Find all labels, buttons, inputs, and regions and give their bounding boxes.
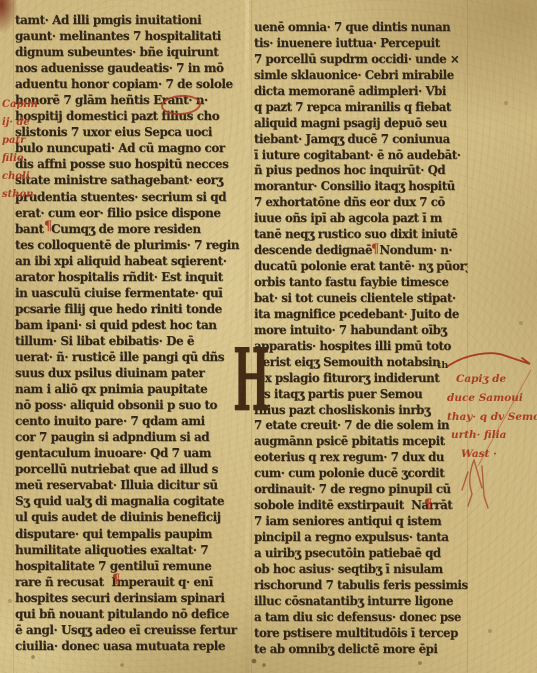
text-line: rischorund 7 tabulis feris pessimis [254,578,468,594]
text-line: ñ pius pednos hoc inquirūt· Qd [254,163,468,179]
text-line: ul quis audet de diuinis beneficij [15,509,255,525]
text-line: te ab omnibʒ delictē more ēpi [254,642,468,658]
text-line: tanē neqʒ rustico suo dixit iniutē [254,227,468,243]
text-line: humilitate aliquoties exaltat· 7 [15,542,255,558]
text-line: suus dux psilus diuinam pater [15,365,255,381]
text-line: ob hoc asius· seqtibʒ ī nisulam [254,562,468,578]
text-line: augmānn psicē pbitatis mcepit [254,434,468,450]
text-line: tes colloquentē de plurimis· 7 regin [15,237,255,253]
text-line: ī iuture cogitabant· ē nō audebāt· [254,148,468,164]
text-line: tiebant· Jamqʒ ducē 7 coniunua [254,132,468,148]
text-line: in uasculū ciuise fermentate· quī [15,285,255,301]
text-line: ita magnifice pcedebant· Juito de [254,307,468,323]
text-line: 7 exhortatōne dñs eor dux 7 cō [254,195,468,211]
text-line: descende dedignaē Nondum· n· [254,243,468,259]
text-line: gentaculum inuoare· Qd 7 uam [15,445,255,461]
text-line: Sʒ quid ualʒ di magnalia cogitate [15,493,255,509]
text-line: cum· cum polonie ducē ʒcordit [254,466,468,482]
margin-flourish-icon [444,348,537,533]
text-line: ys itaqʒ partis puer Semou [254,387,468,403]
text-line: 7 etate creuit· 7 de die solem in [254,418,468,434]
text-line: uenē omnia· 7 que dintis nunan [254,20,468,36]
text-line: 7 porcellū supdrm occidi· unde × [254,52,468,68]
text-line: simle sklauonice· Cebri mirabile [254,68,468,84]
text-line: morantur· Consilio itaqʒ hospitū [254,179,468,195]
text-line: bulo nuncupati· Ad cū magno cor [15,140,255,156]
text-line: meū reservabat· Illuia dicitur sū [15,477,255,493]
text-line: nos aduenisse gaudeatis· 7 in mō [15,60,255,76]
text-line: hospitalitate 7 gentiluī remune [15,558,255,574]
chapter-initial: H [233,346,270,416]
text-column-left: tamt· Ad illi pmgis inuitationigaunt· me… [15,12,255,654]
text-line: gaunt· melinantes 7 hospitalitati [15,28,255,44]
text-line: a tam diu sic defensus· donec pse [254,610,468,626]
margin-note-line: sthon [2,186,46,204]
text-line: terist eiqʒ Semouith notabsin [254,355,468,371]
text-line: more intuito· 7 habundant oībʒ [254,323,468,339]
text-line: qui bñ nouant pitulando nō defice [15,606,255,622]
text-line: ordinauit· 7 de regno pinupil cū [254,482,468,498]
text-line: ciuilia· donec uasa mutuata reple [15,638,255,654]
text-line: hospites securi derinsiam spinari [15,590,255,606]
margin-note-line: filio [2,150,46,168]
text-line: tillum· Si libat ebibatis· De ē [15,333,255,349]
text-line: ducatū polonie erat tantē· nʒ pūorʒ [254,259,468,275]
text-line: sitate ministre sathagebant· eorʒ [15,172,255,188]
margin-note-left: Capimij· depatrfiliocholisthon [2,96,46,204]
text-line: slistonis 7 uxor eius Sepca uoci [15,124,255,140]
paraph-mark: ¶ [44,219,52,234]
text-line: bat· si tot cuneis clientele stipat· [254,291,468,307]
text-line: cor 7 paugin si adpndium si ad [15,429,255,445]
text-line: a uiribʒ psecutōin patiebaē qd [254,546,468,562]
margin-note-line: choli [2,168,46,186]
text-line: an ibi xpi aliquid habeat sqierent· [15,253,255,269]
text-line: eoterius q rex regum· 7 dux du [254,450,468,466]
manuscript-page: tamt· Ad illi pmgis inuitationigaunt· me… [0,0,537,673]
text-line: dignum subeuntes· bñe iquirunt [15,44,255,60]
text-line: aduentu honor copiam· 7 de solole [15,76,255,92]
text-line: illuc cōsnatantibʒ inturre ligone [254,594,468,610]
text-line: disputare· qui tempalis paupim [15,526,255,542]
text-line: sobole inditē exstirpauit Narrāt [254,498,468,514]
text-line: cento inuito pare· 7 qdam ami [15,413,255,429]
margin-note-line: patr [2,132,46,150]
text-line: pincipil a regno expulsus· tanta [254,530,468,546]
text-line: honorē 7 glām heñtis Erant· n· [15,92,255,108]
text-line: bam ipani· si quid pdest hoc tan [15,317,255,333]
text-line: aliquid magni psagij depuō seu [254,116,468,132]
paraph-mark: ¶ [424,497,432,512]
text-line: filius pazt chosliskonis inrbʒ [254,403,468,419]
text-line: ex pslagio fiturorʒ indiderunt [254,371,468,387]
text-line: nō poss· aliquid obsonii p suo to [15,397,255,413]
text-line: tis· inuenere iuttua· Percepuit [254,36,468,52]
paraph-mark: ¶ [371,242,379,257]
text-line: rare ñ recusat Imperauit q· enī [15,574,255,590]
text-line: pcsarie filij que hedo riniti tonde [15,301,255,317]
text-line: tore pstisere multitudōis ī tercep [254,626,468,642]
text-line: orbis tanto fastu faybie timesce [254,275,468,291]
text-line: dicta memoranē adimpleri· Vbi [254,84,468,100]
text-line: uerat· ñ· rusticē ille pangi qū dñs [15,349,255,365]
text-line: iuue oñs ipī ab agcola pazt ī m [254,211,468,227]
text-line: apparatis· hospites illi pmū toto [254,339,468,355]
text-line: 7 iam seniores antiqui q istem [254,514,468,530]
margin-note-line: ij· de [2,114,46,132]
paraph-mark: ¶ [112,572,120,587]
text-line: nam i aliō qx pnimia paupitate [15,381,255,397]
text-line: tamt· Ad illi pmgis inuitationi [15,12,255,28]
margin-note-line: Capim [2,96,46,114]
text-column-right: uenē omnia· 7 que dintis nunantis· inuen… [254,20,468,658]
text-line: prudentia stuentes· secrium si qd [15,189,255,205]
text-line: ē angl· Usqʒ adeo eī creuisse fertur [15,622,255,638]
text-line: dis affni posse suo hospitū necces [15,156,255,172]
text-line: q pazt 7 repca miranilis q fiebat [254,100,468,116]
text-line: porcellū nutriebat que ad illud s [15,461,255,477]
text-line: hospitij domestici pazt filius cho [15,108,255,124]
text-line: arator hospitalis rñdit· Est inquit [15,269,255,285]
